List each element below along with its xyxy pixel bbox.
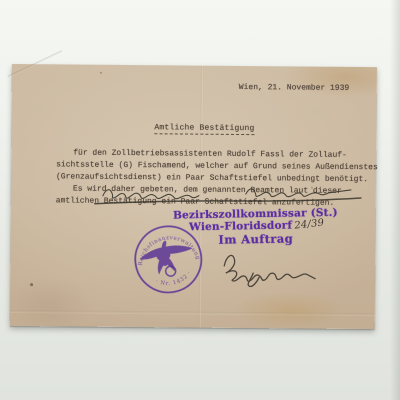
photo-edge-shadow <box>390 0 400 400</box>
document-paper: Wien, 21. November 1939 Amtliche Bestäti… <box>10 64 377 329</box>
signature <box>10 64 377 329</box>
photo-of-document: Wien, 21. November 1939 Amtliche Bestäti… <box>0 0 400 400</box>
